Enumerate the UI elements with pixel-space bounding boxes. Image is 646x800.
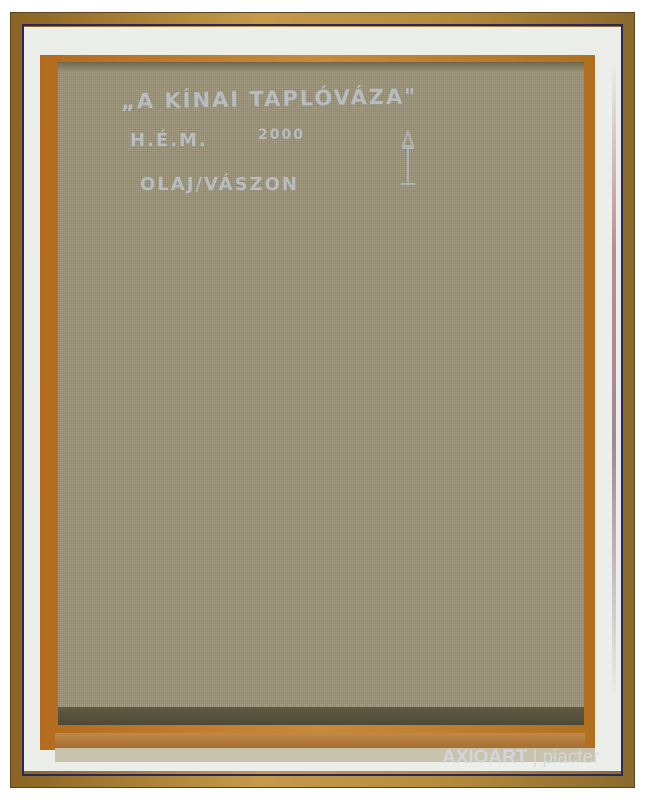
watermark-brand: AXIOART [442,747,528,768]
stretcher-bottom-bar [55,733,585,748]
inscription-year: 2000 [258,127,305,143]
canvas-back: „A KÍNAI TAPLÓVÁZA" H.É.M. 2000 OLAJ/VÁS… [58,62,584,725]
canvas-top-shadow [58,62,584,72]
inscription-initials: H.É.M. [130,130,208,151]
watermark: AXIOART|piacter [442,747,599,769]
inscription-medium: OLAJ/VÁSZON [140,174,299,195]
vase-sketch-icon [398,130,418,188]
paint-stain [612,60,616,700]
watermark-sub: piacter [542,747,599,768]
watermark-separator: | [533,747,538,768]
canvas-bottom-fold [58,707,584,725]
inscription-title: „A KÍNAI TAPLÓVÁZA" [121,84,418,113]
